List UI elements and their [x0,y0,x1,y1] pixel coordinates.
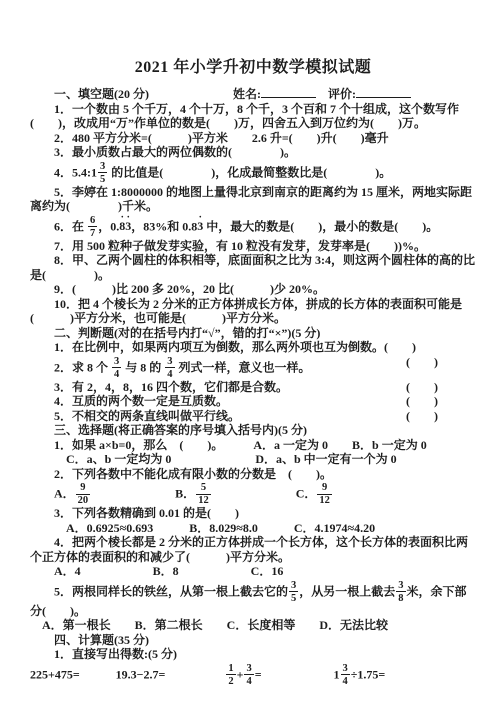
judge-q1: 1．在比例中，如果两内项互为倒数，那么两外项也互为倒数。( ) [30,340,476,355]
bold-label: 一、填空题(20 分) [54,87,149,101]
bold-label: 姓名: [233,87,261,101]
fraction: 38 [396,580,405,604]
section-heading-choice: 三、选择题(将正确答案的序号填入括号内)(5 分) [30,423,476,438]
choice-q4-options: A．4 B．8 C．16 [30,564,476,579]
choice-q3-options: A．0.6925≈0.693 B．8.029≈8.0 C．4.1974≈4.20 [30,521,476,536]
fraction: 34 [244,663,253,687]
repeating-decimal-digit: 3 [125,219,131,234]
answer-parens: ( ) [406,409,438,424]
fill-q1: 1．一个数由 5 个千万，4 个十万，8 个千，3 个百和 7 个十组成，这个数… [30,102,476,131]
bold-label: 评价: [328,87,356,101]
fraction-numerator: 3 [396,580,405,592]
judge-q2: ( ) 2．求 8 个 34 与 8 的 34 列式一样，意义也一样。 [30,355,476,380]
fraction: 34 [112,356,121,380]
blank-underline [356,86,411,98]
fraction: 912 [317,482,332,506]
fraction: 34 [165,356,174,380]
fraction-denominator: 4 [341,674,350,687]
judge-q5: ( ) 5．不相交的两条直线叫做平行线。 [30,409,476,424]
choice-q5-options: A．第一根长 B．第二根长 C．长度相等 D．无法比较 [30,618,476,633]
fill-q5: 5．李婷在 1:8000000 的地图上量得北京到南京的距离约为 15 厘米，两… [30,185,476,214]
choice-q1-options-cd: C．a、b 一定均为 0 D．a、b 中一定有一个为 0 [30,452,476,467]
answer-parens: ( ) [406,355,438,370]
fraction: 34 [341,663,350,687]
choice-q2-options: A．920 B．512 C．912 [30,481,476,506]
fraction-denominator: 5 [289,591,298,604]
fraction: 67 [88,215,97,239]
section-heading-judge: 二、判断题(对的在括号内打“√”，错的打“×”)(5 分) [30,326,476,341]
judge-q3: ( ) 3．有 2，4，8，16 四个数，它们都是合数。 [30,380,476,395]
choice-q5: 5．两根同样长的铁丝，从第一根上截去它的35，从另一根上截去38米，余下部分( … [30,579,476,619]
fill-q10: 10．把 4 个棱长为 2 分米的正方体拼成长方体，拼成的长方体的表面积可能是(… [30,297,476,326]
fraction: 920 [76,482,91,506]
choice-q4: 4．把两个棱长都是 2 分米的正方体拼成一个长方体，这个长方体的表面积比两个正方… [30,535,476,564]
calc-subheading: 1．直接写出得数:(5 分) [30,647,476,662]
answer-parens: ( ) [406,394,438,409]
fraction-denominator: 7 [88,226,97,239]
fill-q2: 2．480 平方分米=( )平方米 2.6 升=( )升( )毫升 [30,131,476,146]
fraction: 512 [196,482,211,506]
fraction-denominator: 20 [76,494,91,507]
fraction-denominator: 4 [244,674,253,687]
fill-q9: 9．( )比 200 多 20%，20 比( )少 20%。 [30,282,476,297]
fraction: 35 [289,580,298,604]
calc-expressions: 225+475= 19.3−2.7= 12+34= 134÷1.75= [30,662,476,687]
fraction-denominator: 2 [226,674,235,687]
choice-q1: 1．如果 a×b=0，那么 ( )。 A．a 一定为 0 B．b 一定为 0 [30,438,476,453]
fraction-numerator: 9 [317,482,332,494]
fraction-numerator: 9 [76,482,91,494]
fill-q8: 8．甲、乙两个圆柱的体积相等，底面面积之比为 3:4，则这两个圆柱体的高的比是(… [30,253,476,282]
fraction-denominator: 4 [112,367,121,380]
fraction-denominator: 5 [98,172,107,185]
choice-q3: 3．下列各数精确到 0.01 的是( ) [30,506,476,521]
fraction-denominator: 12 [196,494,211,507]
section-heading-calc: 四、计算题(35 分) [30,633,476,648]
fraction-numerator: 5 [196,482,211,494]
fill-q4: 4．5.4:135 的比值是( )，化成最简整数比是( )。 [30,160,476,185]
fraction: 35 [98,161,107,185]
fraction-denominator: 8 [396,591,405,604]
fill-q6: 6．在 67，0.83，83%和 0.83 中，最大的数是( )，最小的数是( … [30,214,476,239]
fill-q7: 7．用 500 粒种子做发芽实验，有 10 粒没有发芽，发芽率是( ))%。 [30,239,476,254]
choice-q2: 2．下列各数中不能化成有限小数的分数是 ( )。 [30,467,476,482]
fraction-denominator: 4 [165,367,174,380]
fraction: 12 [226,663,235,687]
exam-page: 2021 年小学升初中数学模拟试题 一、填空题(20 分) 姓名: 评价: 1．… [0,0,500,708]
fraction-denominator: 12 [317,494,332,507]
blank-underline [261,86,316,98]
header-row: 一、填空题(20 分) 姓名: 评价: [30,86,476,102]
judge-q4: ( ) 4．互质的两个数一定是互质数。 [30,394,476,409]
fraction-numerator: 3 [244,663,253,675]
fraction-numerator: 3 [341,663,350,675]
answer-parens: ( ) [406,380,438,395]
fraction-numerator: 3 [165,356,174,368]
fraction-numerator: 3 [289,580,298,592]
exam-body: 一、填空题(20 分) 姓名: 评价: 1．一个数由 5 个千万，4 个十万，8… [30,86,476,687]
fraction-numerator: 6 [88,215,97,227]
fraction-numerator: 3 [112,356,121,368]
exam-title: 2021 年小学升初中数学模拟试题 [30,54,476,77]
fill-q3: 3．最小质数占最大的两位偶数的( )。 [30,145,476,160]
repeating-decimal-digit: 3 [197,219,203,234]
fraction-numerator: 1 [226,663,235,675]
fraction-numerator: 3 [98,161,107,173]
